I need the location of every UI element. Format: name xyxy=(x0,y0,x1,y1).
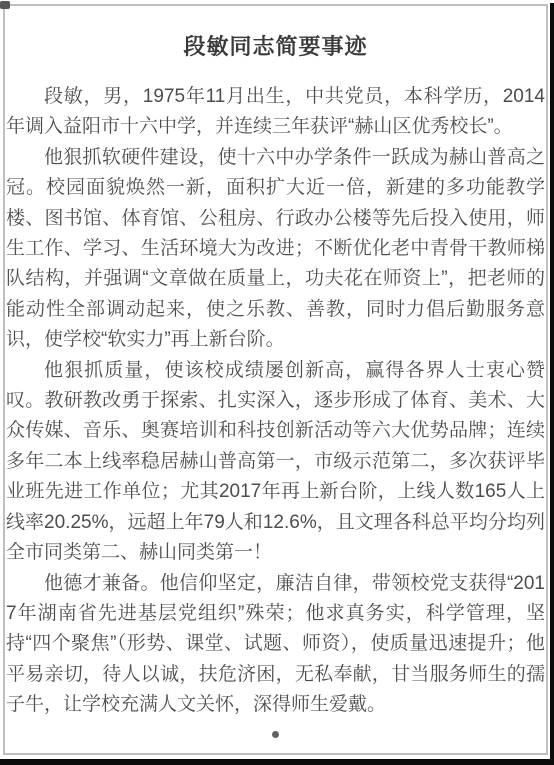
paragraph-virtue: 他德才兼备。他信仰坚定，廉洁自律，带领校党支获得“2017年湖南省先进基层党组织… xyxy=(6,569,545,721)
selection-handle-icon[interactable] xyxy=(0,1,10,9)
document-body: 段敏，男，1975年11月出生，中共党员，本科学历，2014年调入益阳市十六中学… xyxy=(6,82,545,738)
end-dot-icon xyxy=(272,731,279,738)
document-frame: 段敏同志简要事迹 段敏，男，1975年11月出生，中共党员，本科学历，2014年… xyxy=(3,4,548,755)
screen-right-edge xyxy=(550,3,554,765)
screen-bottom-edge xyxy=(0,759,554,765)
paragraph-quality: 他狠抓质量，使该校成绩屡创新高，赢得各界人士衷心赞叹。教研教改勇于探索、扎实深入… xyxy=(6,356,545,569)
document-page: 段敏同志简要事迹 段敏，男，1975年11月出生，中共党员，本科学历，2014年… xyxy=(0,0,554,765)
document-title: 段敏同志简要事迹 xyxy=(6,33,545,61)
paragraph-intro: 段敏，男，1975年11月出生，中共党员，本科学历，2014年调入益阳市十六中学… xyxy=(6,82,545,143)
paragraph-facilities: 他狠抓软硬件建设，使十六中办学条件一跃成为赫山普高之冠。校园面貌焕然一新，面积扩… xyxy=(6,143,545,356)
